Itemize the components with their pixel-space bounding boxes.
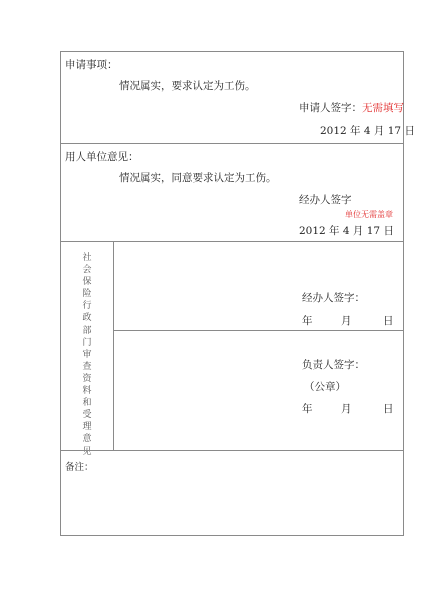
employer-opinion-content: 情况属实，同意要求认定为工伤。 (119, 172, 277, 184)
employer-handler-signature-label: 经办人签字 (299, 194, 352, 206)
agency-head-signature-label: 负责人签字： (302, 359, 365, 371)
employer-opinion-date: 2012 年 4 月 17 日 (299, 225, 394, 237)
employer-stamp-note: 单位无需盖章 (345, 209, 393, 221)
application-matter-label: 申请事项： (65, 59, 118, 71)
sub-section-divider (113, 330, 403, 331)
agency-handler-month: 月 (341, 315, 352, 327)
official-seal-label: （公章） (304, 381, 346, 393)
agency-head-day: 日 (383, 403, 394, 415)
section-divider (61, 450, 403, 451)
agency-head-month: 月 (341, 403, 352, 415)
work-injury-form-table: 申请事项： 情况属实，要求认定为工伤。 申请人签字：无需填写 2012 年 4 … (60, 51, 404, 536)
section-divider (61, 143, 403, 144)
social-insurance-review-label: 社 会 保 险 行 政 部 门 审 查 资 料 和 受 理 意 见 (81, 252, 93, 458)
application-date: 2012 年 4 月 17 日 (320, 125, 415, 137)
column-divider (113, 241, 114, 450)
remarks-label: 备注： (65, 462, 94, 474)
agency-head-year: 年 (302, 403, 313, 415)
applicant-signature-note: 无需填写 (362, 102, 404, 114)
employer-opinion-label: 用人单位意见： (65, 151, 139, 163)
agency-handler-year: 年 (302, 315, 313, 327)
applicant-signature-label: 申请人签字： (299, 102, 362, 114)
agency-handler-signature-label: 经办人签字： (302, 292, 365, 304)
agency-handler-day: 日 (383, 315, 394, 327)
application-matter-content: 情况属实，要求认定为工伤。 (119, 80, 256, 92)
applicant-signature-field: 申请人签字：无需填写 (299, 102, 404, 114)
